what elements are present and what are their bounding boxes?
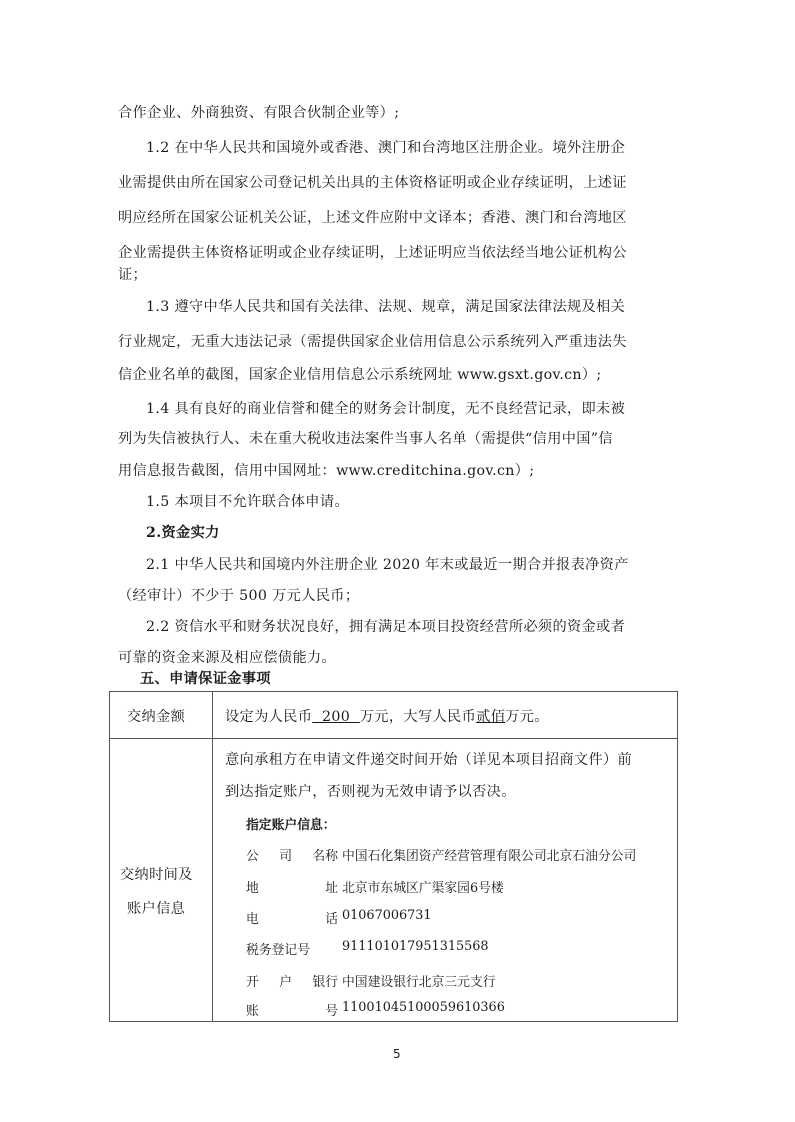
paragraph-line: 2.2 资信水平和财务状况良好，拥有满足本项目投资经营所必须的资金或者 [146, 616, 625, 636]
payment-info-label-line2: 账户信息 [127, 898, 185, 918]
label-char: 开 [246, 971, 259, 990]
amount-number: 200 [312, 709, 360, 725]
paragraph-line: （经审计）不少于 500 万元人民币； [118, 585, 359, 605]
paragraph-line: 1.2 在中华人民共和国境外或香港、澳门和台湾地区注册企业。境外注册企 [146, 137, 625, 157]
label-char: 户 [279, 971, 292, 990]
account-number-value: 11001045100059610366 [342, 1000, 505, 1015]
page-number: 5 [393, 1047, 401, 1061]
paragraph-line: 1.5 本项目不允许联合体申请。 [146, 491, 349, 511]
paragraph-line: 信企业名单的截图，国家企业信用信息公示系统网址 www.gsxt.gov.cn）… [118, 364, 602, 384]
deposit-amount-value: 设定为人民币 200 万元，大写人民币贰佰万元。 [225, 706, 549, 726]
paragraph-line: 企业需提供主体资格证明或企业存续证明，上述证明应当依法经当地公证机构公 [118, 242, 627, 262]
table-row-divider [110, 738, 677, 739]
paragraph-line: 明应经所在国家公证机关公证，上述文件应附中文译本；香港、澳门和台湾地区 [118, 207, 627, 227]
payment-info-text: 到达指定账户，否则视为无效申请予以否决。 [225, 781, 516, 801]
deposit-amount-label: 交纳金额 [127, 706, 185, 726]
payment-info-label-line1: 交纳时间及 [120, 864, 193, 884]
label-char: 银行 [312, 971, 338, 990]
paragraph-line: 1.3 遵守中华人民共和国有关法律、法规、规章，满足国家法律法规及相关 [146, 296, 625, 316]
account-info-title: 指定账户信息： [246, 814, 336, 833]
paragraph-line: 证； [118, 264, 147, 284]
address-value: 北京市东城区广渠家园6号楼 [342, 877, 504, 896]
amount-suffix: 万元。 [505, 709, 549, 725]
paragraph-line: 2.1 中华人民共和国境内外注册企业 2020 年末或最近一期合并报表净资产 [146, 554, 629, 574]
label-char: 账 [246, 1000, 259, 1019]
section-heading: 五、申请保证金事项 [140, 668, 271, 688]
label-char: 公 [246, 845, 259, 864]
payment-info-text: 意向承租方在申请文件递交时间开始（详见本项目招商文件）前 [225, 749, 632, 769]
company-name-value: 中国石化集团资产经营管理有限公司北京石油分公司 [342, 845, 636, 864]
label-char: 号 [325, 1000, 338, 1019]
section-heading: 2.资金实力 [146, 522, 220, 542]
label-char: 地 [246, 877, 259, 896]
paragraph-line: 用信息报告截图，信用中国网址：www.creditchina.gov.cn）; [118, 460, 534, 480]
paragraph-line: 可靠的资金来源及相应偿债能力。 [118, 647, 336, 667]
tax-id-value: 911101017951315568 [342, 939, 489, 954]
bank-value: 中国建设银行北京三元支行 [342, 971, 496, 990]
paragraph-line: 1.4 具有良好的商业信誉和健全的财务会计制度，无不良经营记录，即未被 [146, 398, 625, 418]
label-char: 址 [325, 877, 338, 896]
paragraph-line: 合作企业、外商独资、有限合伙制企业等）; [118, 102, 399, 122]
amount-prefix: 设定为人民币 [225, 709, 312, 725]
phone-value: 01067006731 [342, 908, 432, 923]
label-char: 话 [325, 908, 338, 927]
deposit-table: 交纳金额 设定为人民币 200 万元，大写人民币贰佰万元。 交纳时间及 账户信息… [109, 691, 678, 1022]
paragraph-line: 业需提供由所在国家公司登记机关出具的主体资格证明或企业存续证明，上述证 [118, 172, 627, 192]
table-column-divider [212, 692, 213, 1021]
label-char: 名称 [312, 845, 338, 864]
label-char: 司 [279, 845, 292, 864]
paragraph-line: 列为失信被执行人、未在重大税收违法案件当事人名单（需提供“信用中国”信 [118, 428, 613, 448]
label-char: 电 [246, 908, 259, 927]
paragraph-line: 行业规定，无重大违法记录（需提供国家企业信用信息公示系统列入严重违法失 [118, 331, 627, 351]
amount-middle: 万元，大写人民币 [360, 709, 476, 725]
label-text: 税务登记号 [246, 943, 310, 958]
amount-chinese: 贰佰 [476, 709, 505, 725]
